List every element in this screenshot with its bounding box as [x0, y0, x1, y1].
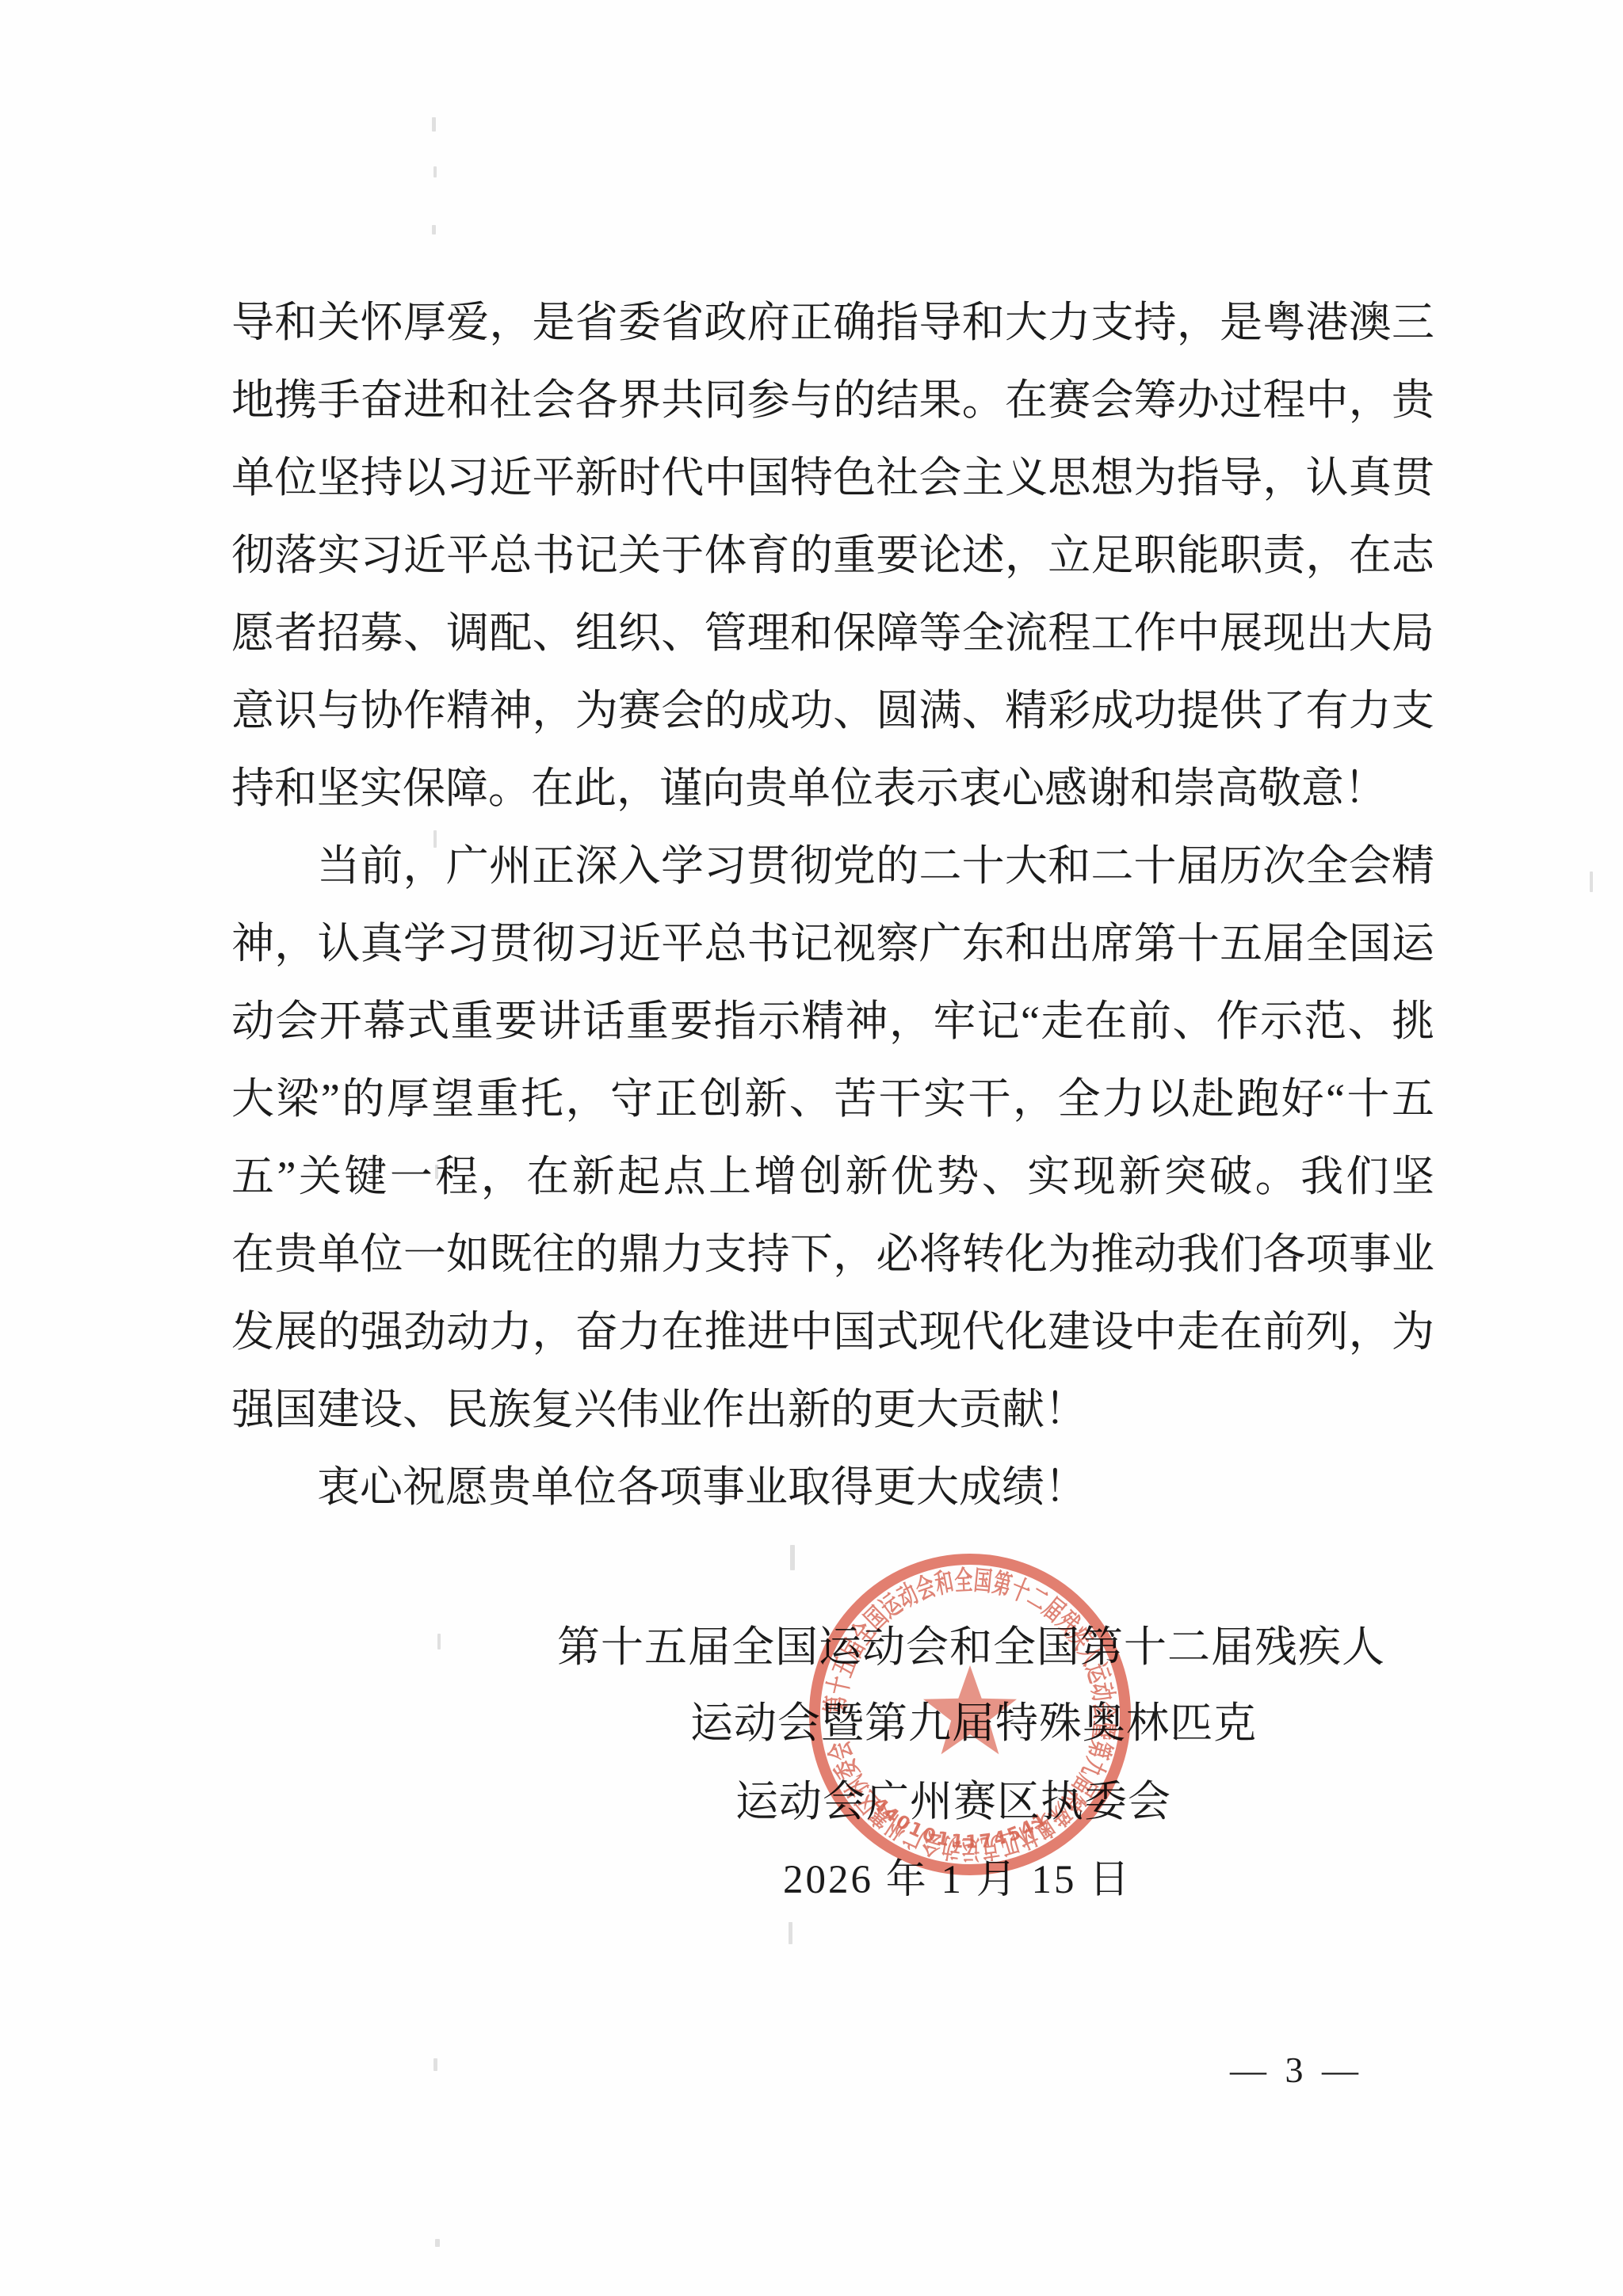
text-line: 衷心祝愿贵单位各项事业取得更大成绩！	[231, 1448, 1434, 1526]
scan-artifact	[1590, 871, 1593, 892]
scan-artifact	[433, 830, 437, 848]
text-line: 地携手奋进和社会各界共同参与的结果。在赛会筹办过程中，贵	[231, 361, 1434, 439]
page-number: — 3 —	[1230, 2049, 1363, 2091]
text-line: 大梁”的厚望重托，守正创新、苦干实干，全力以赴跑好“十五	[231, 1060, 1434, 1138]
official-seal: 第十五届全国运动会和全国第十二届残疾人运动会暨第九届特殊奥林匹克运动会广州赛区执…	[796, 1540, 1144, 1889]
text-line: 意识与协作精神，为赛会的成功、圆满、精彩成功提供了有力支	[231, 672, 1434, 749]
scan-artifact	[433, 2058, 437, 2071]
text-line: 当前，广州正深入学习贯彻党的二十大和二十届历次全会精	[231, 827, 1434, 905]
text-line: 发展的强劲动力，奋力在推进中国式现代化建设中走在前列，为	[231, 1293, 1434, 1371]
scan-artifact	[432, 117, 436, 132]
text-line: 五”关键一程，在新起点上增创新优势、实现新突破。我们坚信，	[231, 1138, 1434, 1215]
scanned-letter-page: 导和关怀厚爱，是省委省政府正确指导和大力支持，是粤港澳三地携手奋进和社会各界共同…	[0, 0, 1623, 2296]
scan-artifact	[790, 1545, 795, 1570]
star-icon	[923, 1665, 1017, 1754]
text-line: 动会开幕式重要讲话重要指示精神，牢记“走在前、作示范、挑	[231, 982, 1434, 1060]
text-line: 愿者招募、调配、组织、管理和保障等全流程工作中展现出大局	[231, 594, 1434, 672]
text-line: 导和关怀厚爱，是省委省政府正确指导和大力支持，是粤港澳三	[231, 284, 1434, 361]
text-line: 彻落实习近平总书记关于体育的重要论述，立足职能职责，在志	[231, 517, 1434, 594]
text-line: 在贵单位一如既往的鼎力支持下，必将转化为推动我们各项事业	[231, 1215, 1434, 1293]
letter-body: 导和关怀厚爱，是省委省政府正确指导和大力支持，是粤港澳三地携手奋进和社会各界共同…	[231, 284, 1434, 1526]
scan-artifact	[433, 166, 437, 177]
scan-artifact	[437, 1634, 441, 1650]
scan-artifact	[435, 1165, 438, 1179]
text-line: 强国建设、民族复兴伟业作出新的更大贡献！	[231, 1371, 1434, 1448]
text-line: 持和坚实保障。在此，谨向贵单位表示衷心感谢和崇高敬意！	[231, 749, 1434, 827]
scan-artifact	[434, 1485, 438, 1504]
scan-artifact	[789, 1922, 792, 1944]
scan-artifact	[435, 2239, 440, 2247]
scan-artifact	[432, 225, 436, 235]
text-line: 单位坚持以习近平新时代中国特色社会主义思想为指导，认真贯	[231, 439, 1434, 517]
text-line: 神，认真学习贯彻习近平总书记视察广东和出席第十五届全国运	[231, 905, 1434, 982]
